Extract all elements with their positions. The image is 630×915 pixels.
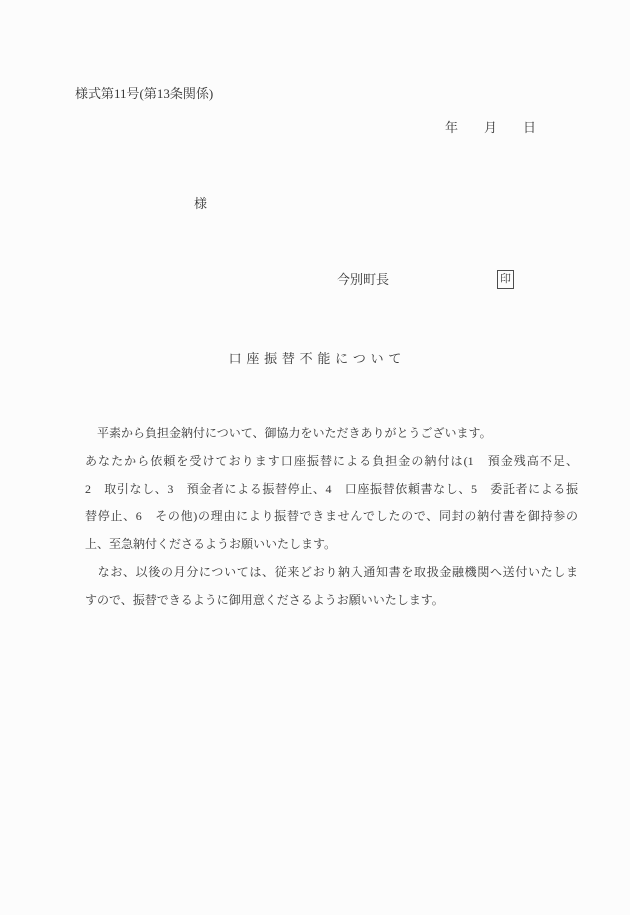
body-line-4: 替停止、6 その他)の理由により振替できませんでしたので、同封の納付書を御持参の <box>85 503 578 531</box>
body-line-6: なお、以後の月分については、従来どおり納入通知書を取扱金融機関へ送付いたしま <box>85 559 578 587</box>
document-page: 様式第11号(第13条関係) 年 月 日 様 今別町長 印 口 座 振 替 不 … <box>0 0 630 915</box>
form-number: 様式第11号(第13条関係) <box>75 87 213 100</box>
body-line-5: 上、至急納付くださるようお願いいたします。 <box>85 531 578 559</box>
date-line: 年 月 日 <box>445 121 536 134</box>
body-line-2: あなたから依頼を受けております口座振替による負担金の納付は(1 預金残高不足、 <box>85 448 578 476</box>
document-title: 口 座 振 替 不 能 に つ い て <box>0 352 630 365</box>
recipient-suffix: 様 <box>194 197 207 210</box>
body-line-1: 平素から負担金納付について、御協力をいただきありがとうございます。 <box>85 420 578 448</box>
document-body: 平素から負担金納付について、御協力をいただきありがとうございます。 あなたから依… <box>85 420 578 615</box>
seal-mark: 印 <box>497 270 514 289</box>
sender-title: 今別町長 <box>337 273 389 286</box>
body-line-3: 2 取引なし、3 預金者による振替停止、4 口座振替依頼書なし、5 委託者による… <box>85 476 578 504</box>
body-line-7: すので、振替できるように御用意くださるようお願いいたします。 <box>85 587 578 615</box>
